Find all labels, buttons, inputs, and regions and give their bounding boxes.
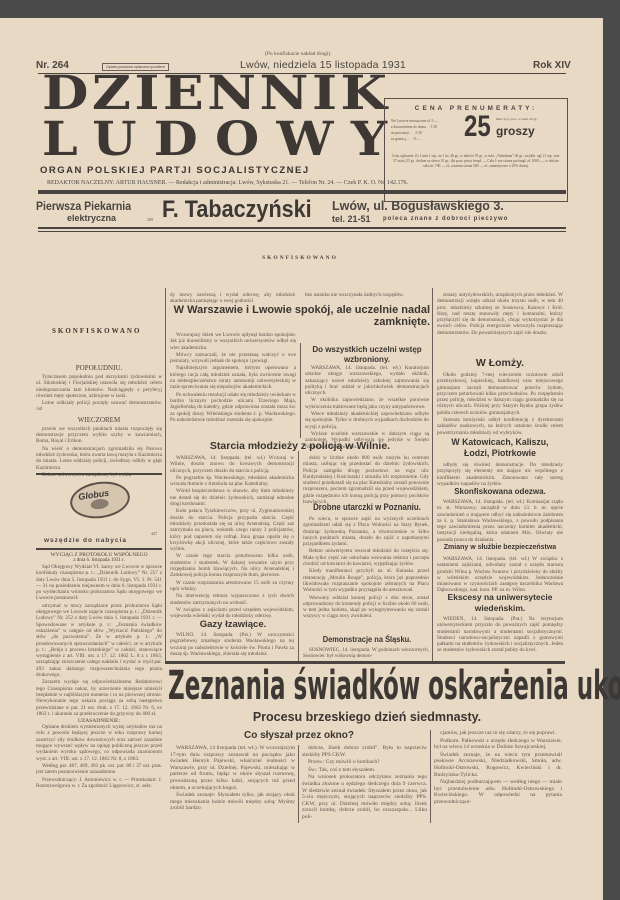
protocol-date: z dnia 6. listopada 1931 r. bbox=[36, 558, 162, 563]
paragraph: Tymczasem popołudniu pod okrzykami żydow… bbox=[36, 374, 162, 399]
paragraph: WARSZAWA, 14 listopada (tel. wł.). W wcz… bbox=[170, 745, 295, 791]
paragraph: Po pogrzebie śp. Wacławskiego, młodzież … bbox=[170, 475, 294, 488]
price-unit: groszy bbox=[496, 124, 535, 138]
article-testimony-col3: cjantów, jak jeszcze raz to się zdarzy, … bbox=[434, 730, 562, 807]
article-testimony-col2: dobrze, Józek dobrze zrobił”. Było to na… bbox=[302, 745, 427, 822]
masthead-title-line2: LUDOWY bbox=[42, 116, 404, 163]
paragraph: Kiedy manifestanci przybyli na ul. Kanta… bbox=[303, 568, 429, 593]
banner-rule-2 bbox=[38, 231, 566, 232]
section-title-window: Co słyszał przez okno? bbox=[168, 730, 430, 741]
paragraph: Zarazem wydaje się odpowiedzialnemu Reda… bbox=[36, 679, 162, 717]
headline-warsaw-lwow: W Warszawie i Lwowie spokój, ale uczelni… bbox=[170, 304, 430, 328]
paragraph: straszy antyżydowskich, urządzonych prze… bbox=[437, 292, 563, 336]
paragraph: WARSZAWA, 14. listopada. (tel. wł.) W zw… bbox=[437, 556, 563, 594]
column-rule bbox=[165, 288, 166, 663]
left-rule bbox=[36, 548, 162, 550]
paragraph: utrzymać w mocy zarządzone przez prokura… bbox=[36, 603, 162, 679]
article-wilno: WARSZAWA, 14. listopada. (tel. wł.) Wczo… bbox=[170, 455, 294, 620]
paragraph: Świadek zeznaje, że na wiecu tym przemaw… bbox=[434, 752, 562, 778]
paragraph: dzież w liczbie około 800 osób ruszyła k… bbox=[303, 455, 429, 505]
editor-line: REDAKTOR NACZELNY: ARTUR HAUSNER. — Reda… bbox=[47, 180, 408, 186]
paragraph: odbyły się również demonstracje. Do młod… bbox=[437, 462, 563, 487]
paragraph: Świadek zeznaje: Słyszałem tylko, jak st… bbox=[170, 792, 295, 812]
paragraph: W związku z zajściami przed urzędem woje… bbox=[170, 607, 294, 620]
headline-universities-closed: Do wszystkich uczelni wstęp wzbroniony. bbox=[304, 345, 430, 364]
confiscated-top: SKONFISKOWANO bbox=[0, 255, 600, 261]
paragraph: cjantów, jak jeszcze raz to się zdarzy, … bbox=[434, 730, 562, 737]
newspaper-page: Nr. 264 Opłata pocztowa opłacona ryczałt… bbox=[0, 18, 603, 900]
paragraph: Sąd Okręgowy Wydział VI. karny we Lwowie… bbox=[36, 564, 162, 602]
bakery-label: Pierwsza Piekarnia bbox=[36, 199, 131, 213]
paragraph: Wśród bezpieczeństwa w obawie, aby tłum … bbox=[170, 488, 294, 507]
banner-rule-1 bbox=[38, 227, 566, 229]
paragraph: dobrze, Józek dobrze zrobił”. Było to na… bbox=[302, 745, 427, 758]
paragraph: Wezwany oddział konnej policji z obu str… bbox=[303, 595, 429, 620]
article-poznan: Po wiecu, w sprawie zajść na wyższych uc… bbox=[303, 516, 429, 621]
article-vienna: WIEDEŃ, 14. listopada. (Pat.) Na terytor… bbox=[437, 616, 563, 655]
paragraph: W czasie tego starcia poturbowano kilka … bbox=[170, 553, 294, 578]
paragraph: Najbardziej podburzającem — według niego… bbox=[434, 779, 562, 805]
paragraph: WARSZAWA, 14. listopada. (tel. wł.) Komi… bbox=[437, 499, 563, 543]
paragraph: Lotne oddziały policji poczęły usuwać de… bbox=[36, 400, 162, 413]
headline-tear-gas: Gazy łzawiące. bbox=[170, 619, 296, 630]
bakery-tel: tel. 21-51 bbox=[332, 214, 371, 224]
carryover-right: bez ustanku nie wszczynała żadnych rozpę… bbox=[305, 292, 428, 298]
subscription-rates: We Lwowie miesięcznie zł. 5·— z donoszen… bbox=[391, 118, 438, 142]
column-rule bbox=[432, 288, 433, 663]
headline-katowice: W Katowicach, Kaliszu, Łodzi, Piotrkowie bbox=[441, 437, 559, 459]
article-warsaw-lwow: Wczorajszy dzień we Lwowie upłynął bardz… bbox=[170, 332, 296, 424]
article-right-top: straszy antyżydowskich, urządzonych prze… bbox=[437, 292, 563, 337]
article-silesia: SOSNOWIEC, 14. listopada. W godzinach wi… bbox=[303, 647, 429, 661]
masthead-title-line1: DZIENNIK bbox=[42, 70, 390, 117]
paragraph: Wiece młodzieży akademickiej zapowiedzia… bbox=[305, 411, 429, 430]
headline-poznan: Drobne utarczki w Poznaniu. bbox=[311, 502, 424, 512]
headline-vienna: Ekscesy na uniwersytecie wiedeńskim. bbox=[437, 592, 563, 614]
paragraph: Przewodniczący: J. Antoniewicz w. r. — P… bbox=[36, 777, 162, 790]
tin-emblem bbox=[90, 498, 109, 510]
article-confiscated-appeal: WARSZAWA, 14. listopada. (tel. wł.) Komi… bbox=[437, 499, 563, 544]
paragraph: WIEDEŃ, 14. listopada. (Pat.) Na terytor… bbox=[437, 616, 563, 654]
column-rule bbox=[298, 745, 299, 823]
section-title: POPOŁUDNIU. bbox=[36, 364, 162, 372]
column-rule bbox=[300, 343, 301, 438]
price-number: 25 bbox=[464, 112, 491, 142]
article-katowice: odbyły się również demonstracje. Do młod… bbox=[437, 462, 563, 488]
court-protocol: WYCIĄG Z PROTOKOŁU WSPÓLNEGO z dnia 6. l… bbox=[36, 552, 162, 790]
headline-testimonies: Zeznania świadków oskarżenia ukończone. bbox=[168, 664, 424, 708]
paragraph: SOSNOWIEC, 14. listopada. W godzinach wi… bbox=[303, 647, 429, 660]
rate-row: za granicą . . . . 9·— bbox=[391, 136, 438, 142]
paragraph: W czasie rozpraszania aresztowano 15 osó… bbox=[170, 580, 294, 593]
paragraph: prawie we wszystkich punktach miasta roz… bbox=[36, 426, 162, 445]
left-confiscated: SKONFISKOWANO bbox=[52, 327, 141, 335]
price-note: Dnia wyj. pow. w nakł. 20 gr. bbox=[496, 117, 537, 121]
paragraph: Po wiecu, w sprawie zajść na wyższych uc… bbox=[303, 516, 429, 547]
paragraph: Rektor uniwersytetu wezwał młodzież do r… bbox=[303, 548, 429, 567]
paragraph: Na wniosek prokuratora odczytano zeznani… bbox=[302, 774, 427, 820]
subheadline-brest-trial: Procesu brzeskiego dzień siedmnasty. bbox=[168, 710, 566, 724]
article-testimony-col1: WARSZAWA, 14 listopada (tel. wł.). W wcz… bbox=[170, 745, 295, 813]
paragraph: Po uchwaleniu rezolucji udało się młodzi… bbox=[170, 392, 296, 423]
paragraph: Starosta łomżyński odbył konferencję z d… bbox=[437, 417, 563, 436]
masthead-subtitle: ORGAN POLSKIEJ PARTJI SOCJALISTYCZNEJ bbox=[40, 165, 310, 176]
section-title: WIECZOREM bbox=[36, 416, 162, 424]
paragraph: WARSZAWA, 14. listopada. (tel. wł.) Wczo… bbox=[170, 455, 294, 474]
paragraph: Około godziny 7-mej wieczorem uczniowie … bbox=[437, 372, 563, 416]
masthead-rule bbox=[38, 190, 566, 194]
headline-security-changes: Zmiany w służbie bezpieczeństwa bbox=[437, 544, 563, 551]
paragraph: Podkom. Pałkowski z urzędu śledczego w W… bbox=[434, 738, 562, 751]
column-rule bbox=[298, 451, 299, 663]
article-universities-closed: WARSZAWA, 14. listopada. (tel. wł.) Kura… bbox=[305, 365, 429, 451]
ad-code: 447 bbox=[151, 531, 157, 536]
paragraph: Koło pałacu Tyszkiewiczów, przy ul. Zygm… bbox=[170, 508, 294, 552]
headline-silesia: Demonstracje na Śląsku. bbox=[311, 634, 424, 644]
bakery-name: F. Tabaczyński bbox=[162, 196, 312, 224]
left-article-top: POPOŁUDNIU. Tymczasem popołudniu pod okr… bbox=[36, 364, 162, 479]
ad-code: 209 bbox=[147, 217, 153, 222]
paragraph: WARSZAWA, 14. listopada. (tel. wł.) Kura… bbox=[305, 365, 429, 396]
article-wilno-cont: dzież w liczbie około 800 osób ruszyła k… bbox=[303, 455, 429, 506]
subscription-box: CENA PRENUMERATY: We Lwowie miesięcznie … bbox=[384, 98, 568, 202]
paragraph: Przew.: Czy mówili o bombach? bbox=[302, 759, 427, 766]
paragraph: Mówcy zaznaczali, że nie przestaną walcz… bbox=[170, 352, 296, 365]
article-lomza: Około godziny 7-mej wieczorem uczniowie … bbox=[437, 372, 563, 437]
paragraph: Na wieść o demonstracjach zgromadziła si… bbox=[36, 446, 162, 471]
ad-slogan: wszędzie do nabycia bbox=[44, 537, 127, 544]
year-label: Rok XIV bbox=[533, 60, 571, 71]
column-rule bbox=[430, 730, 431, 823]
paragraph: Najsilniejszym argumentem, którym operow… bbox=[170, 365, 296, 390]
carryover-left: dy mowy zawieszą i wydał odezwę, aby mło… bbox=[170, 292, 295, 305]
paragraph: Wczorajszy dzień we Lwowie upłynął bardz… bbox=[170, 332, 296, 351]
bakery-sublabel: elektryczna bbox=[67, 213, 116, 223]
globus-tin-icon: Globus bbox=[68, 478, 132, 522]
confiscation-note: (Po konfiskacie nakład drugi). bbox=[265, 51, 332, 57]
left-rule bbox=[36, 473, 162, 475]
bakery-address: Lwów, ul. Bogusławskiego 3. bbox=[332, 199, 504, 213]
article-security-changes: WARSZAWA, 14. listopada. (tel. wł.) W zw… bbox=[437, 556, 563, 595]
paragraph: Św.: Tak, coś o tem słyszałem. bbox=[302, 767, 427, 774]
headline-confiscated-appeal: Skonfiskowana odezwa. bbox=[437, 487, 563, 496]
headline-wilno: Starcia młodzieży z policją w Wilnie. bbox=[170, 440, 430, 452]
paragraph: WILNO, 14. listopada. (Pat.) W uroczysto… bbox=[170, 632, 294, 657]
paragraph: Na interwencję rektora wypuszczono z tyc… bbox=[170, 593, 294, 606]
paragraph: W okólniku zapowiedziano, że wszelkie po… bbox=[305, 397, 429, 410]
paragraph: Według par. 487, 489, 493 pk. ust. par. … bbox=[36, 763, 162, 776]
headline-lomza: W Łomży. bbox=[437, 357, 563, 369]
paragraph: Opisane drukiem wymienionych wyżej artyk… bbox=[36, 724, 162, 762]
article-tear-gas: WILNO, 14. listopada. (Pat.) W uroczysto… bbox=[170, 632, 294, 658]
bakery-slogan: poleca znane z dobroci pieczywo bbox=[383, 216, 508, 222]
ad-rates: Ceny ogłoszeń: Za 1 mm 1 szp. na 1 str. … bbox=[391, 154, 561, 169]
